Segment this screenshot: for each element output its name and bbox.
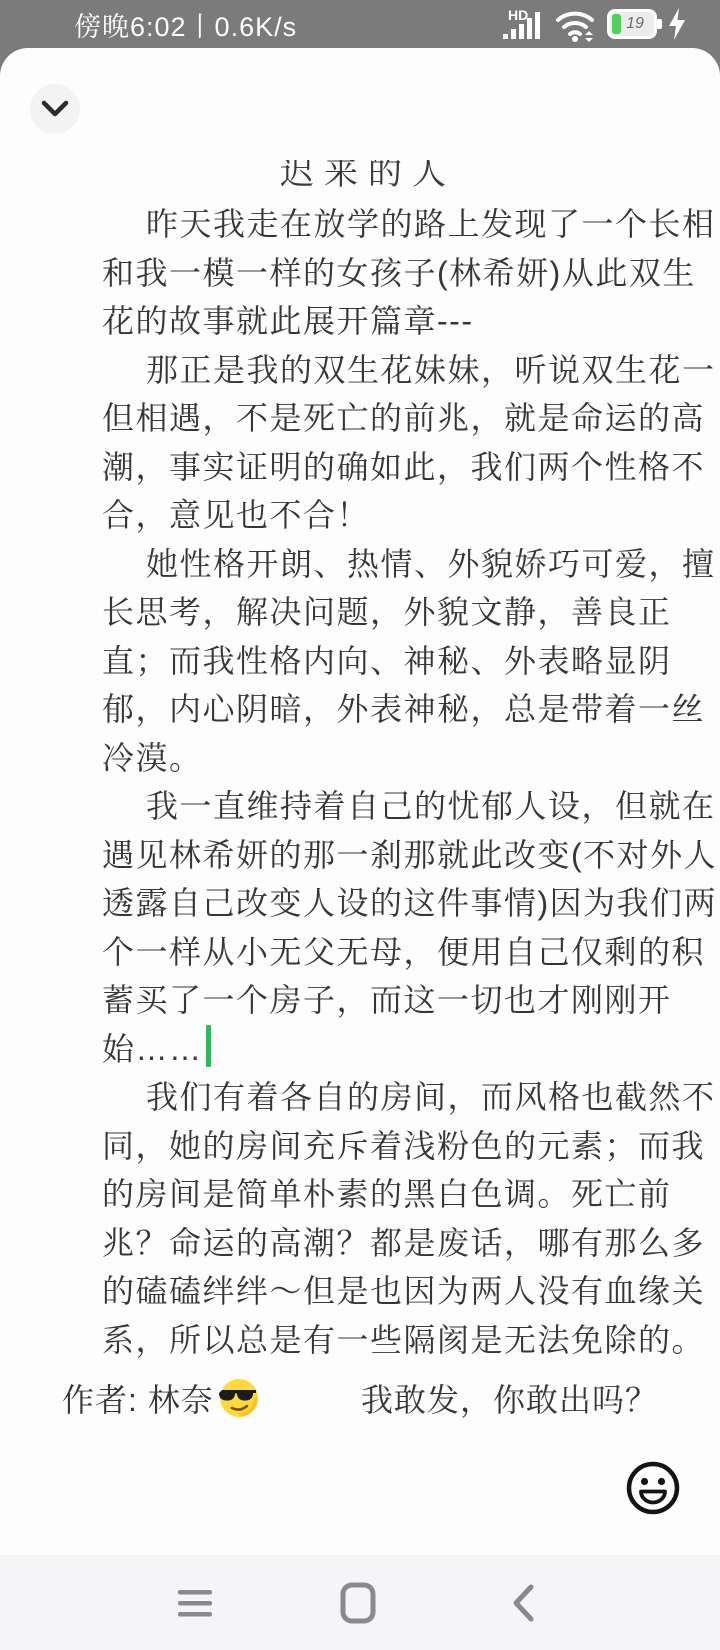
grinning-face-outline-icon [624,1460,682,1518]
text-line: 我一直维持着自己的忧郁人设，但就在 [102,782,634,831]
author-row: 作者: 林奈 我敢发，你敢出吗？ [62,1374,658,1422]
text-line: 长思考，解决问题，外貌文静，善良正 [102,588,634,637]
text-line: 花的故事就此展开篇章--- [102,297,634,346]
status-time-and-speed: 傍晚6:02丨0.6K/s [74,5,297,44]
battery-charging-icon: 19 [607,9,657,39]
text-line: 兆？命运的高潮？都是废话，哪有那么多 [102,1219,634,1268]
battery-percent: 19 [626,15,644,33]
text-line: 昨天我走在放学的路上发现了一个长相 [102,200,634,249]
paragraph: 昨天我走在放学的路上发现了一个长相和我一模一样的女孩子(林希妍)从此双生花的故事… [102,200,634,346]
paragraph: 那正是我的双生花妹妹，听说双生花一但相遇，不是死亡的前兆，就是命运的高潮，事实证… [102,346,634,540]
text-line: 透露自己改变人设的这件事情)因为我们两 [102,879,634,928]
menu-icon [175,1587,215,1619]
text-line: 个一样从小无父无母，便用自己仅剩的积 [102,928,634,977]
wifi-icon [554,4,598,44]
text-line: 始…… [102,1025,634,1074]
note-card: 迟来的人 昨天我走在放学的路上发现了一个长相和我一模一样的女孩子(林希妍)从此双… [0,48,720,1555]
home-square-icon [339,1582,377,1624]
text-line: 那正是我的双生花妹妹，听说双生花一 [102,346,634,395]
status-icons: HD 19 [501,4,688,44]
text-line: 冷漠。 [102,734,634,783]
collapse-button[interactable] [30,84,80,134]
author-label: 作者: 林奈 [62,1375,260,1421]
author-name-text: 作者: 林奈 [62,1375,214,1421]
text-line: 和我一模一样的女孩子(林希妍)从此双生 [102,249,634,298]
back-chevron-icon [510,1583,536,1623]
text-line: 郁，内心阴暗，外表神秘，总是带着一丝 [102,685,634,734]
navigation-bar [0,1555,720,1650]
text-line: 的磕磕绊绊～但是也因为两人没有血缘关 [102,1267,634,1316]
chevron-down-icon [41,100,69,118]
svg-text:HD: HD [508,7,528,23]
paragraph: 我们有着各自的房间，而风格也截然不同，她的房间充斥着浅粉色的元素；而我的房间是简… [102,1073,634,1364]
text-cursor [206,1025,211,1067]
note-paragraphs: 昨天我走在放学的路上发现了一个长相和我一模一样的女孩子(林希妍)从此双生花的故事… [102,200,634,1364]
text-line: 蓄买了一个房子，而这一切也才刚刚开 [102,976,634,1025]
text-line: 直；而我性格内向、神秘、外表略显阴 [102,637,634,686]
paragraph: 我一直维持着自己的忧郁人设，但就在遇见林希妍的那一刹那就此改变(不对外人透露自己… [102,782,634,1073]
text-line: 我们有着各自的房间，而风格也截然不 [102,1073,634,1122]
text-line: 潮，事实证明的确如此，我们两个性格不 [102,443,634,492]
emoji-sticker-icon[interactable] [624,1460,682,1518]
text-line: 遇见林希妍的那一刹那就此改变(不对外人 [102,831,634,880]
note-title: 迟来的人 [280,160,456,188]
paragraph: 她性格开朗、热情、外貌娇巧可爱，擅长思考，解决问题，外貌文静，善良正直；而我性格… [102,540,634,783]
nav-home-button[interactable] [313,1555,403,1650]
text-line: 的房间是简单朴素的黑白色调。死亡前 [102,1170,634,1219]
nav-back-button[interactable] [478,1555,568,1650]
battery-nub [657,19,662,29]
text-line: 但相遇，不是死亡的前兆，就是命运的高 [102,394,634,443]
text-line: 合，意见也不合！ [102,491,634,540]
signal-strength-icon: HD [501,4,545,44]
author-question: 我敢发，你敢出吗？ [361,1375,658,1421]
sunglasses-face-emoji [218,1377,260,1419]
text-line: 同，她的房间充斥着浅粉色的元素；而我 [102,1122,634,1171]
note-body[interactable]: 迟来的人 昨天我走在放学的路上发现了一个长相和我一模一样的女孩子(林希妍)从此双… [102,160,634,1422]
note-title-clipped: 迟来的人 [102,160,634,188]
status-bar: 傍晚6:02丨0.6K/s HD 19 [0,0,720,48]
nav-menu-button[interactable] [150,1555,240,1650]
text-line: 她性格开朗、热情、外貌娇巧可爱，擅 [102,540,634,589]
battery-fill [612,14,621,34]
text-line: 系，所以总是有一些隔阂是无法免除的。 [102,1316,634,1365]
lightning-icon [666,7,688,41]
